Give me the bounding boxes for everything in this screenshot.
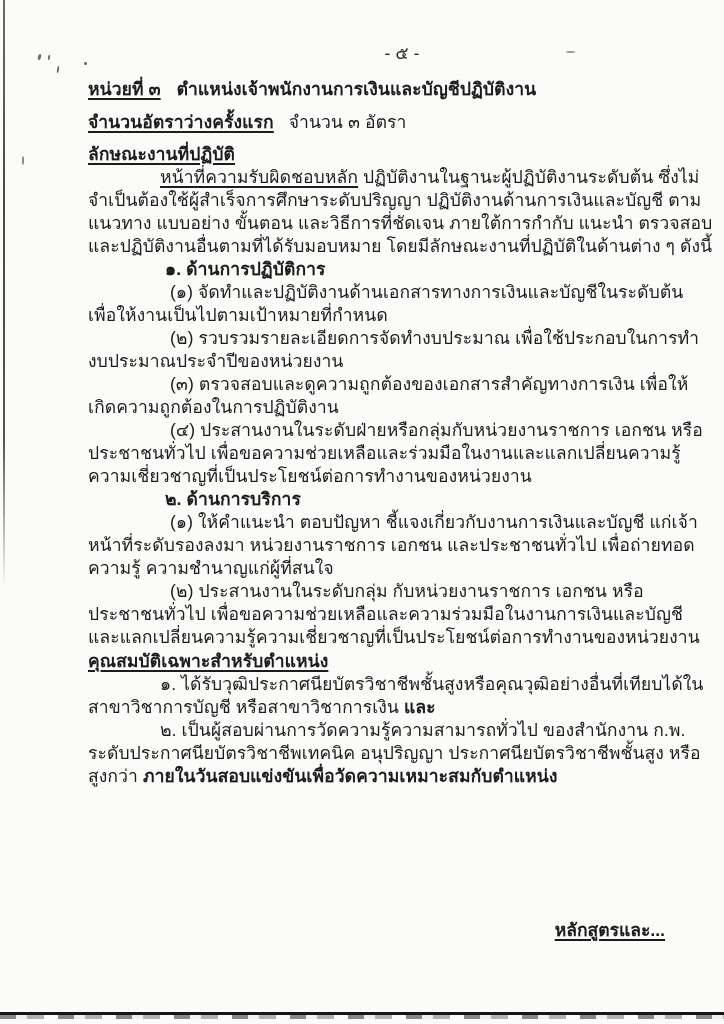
job-item: (๓) ตรวจสอบและดูความถูกต้องของเอกสารสำคั…	[88, 373, 716, 419]
scanned-document-page: - ๕ - หน่วยที่ ๓ตำแหน่งเจ้าพนักงานการเงิ…	[0, 0, 724, 1024]
qualification-item: ๒. เป็นผู้สอบผ่านการวัดความรู้ความสามารถ…	[88, 719, 716, 788]
scan-speck	[57, 66, 60, 73]
scan-artifact-left-edge-line	[3, 0, 5, 588]
duty-lead: หน้าที่ความรับผิดชอบหลัก	[160, 167, 358, 187]
scan-speck	[84, 62, 87, 65]
section-heading-operations: ๑. ด้านการปฏิบัติการ	[88, 258, 716, 281]
qualifications-heading: คุณสมบัติเฉพาะสำหรับตำแหน่ง	[88, 650, 716, 673]
scan-speck	[22, 156, 24, 165]
job-item: (๑) ให้คำแนะนำ ตอบปัญหา ชี้แจงเกี่ยวกับง…	[88, 511, 716, 580]
job-item: (๔) ประสานงานในระดับฝ่ายหรือกลุ่มกับหน่ว…	[88, 419, 716, 488]
unit-title: ตำแหน่งเจ้าพนักงานการเงินและบัญชีปฏิบัติ…	[177, 79, 537, 99]
unit-heading: หน่วยที่ ๓ตำแหน่งเจ้าพนักงานการเงินและบั…	[88, 78, 716, 101]
vacancy-value: จำนวน ๓ อัตรา	[289, 112, 407, 132]
vacancy-label: จำนวนอัตราว่างครั้งแรก	[88, 112, 274, 132]
section-heading-service: ๒. ด้านการบริการ	[88, 488, 716, 511]
page-number: - ๕ -	[88, 42, 716, 65]
scan-artifact-bottom-smudge	[0, 1015, 724, 1019]
scan-speck	[37, 54, 42, 61]
job-item: (๒) ประสานงานในระดับกลุ่ม กับหน่วยงานราช…	[88, 580, 716, 649]
qualification-bold-text: และ	[404, 697, 436, 717]
document-body: - ๕ - หน่วยที่ ๓ตำแหน่งเจ้าพนักงานการเงิ…	[88, 42, 716, 788]
job-item: (๑) จัดทำและปฏิบัติงานด้านเอกสารทางการเง…	[88, 281, 716, 327]
scan-speck	[48, 55, 51, 60]
unit-label: หน่วยที่ ๓	[88, 79, 161, 99]
job-item: (๒) รวบรวมรายละเอียดการจัดทำงบประมาณ เพื…	[88, 327, 716, 373]
qualification-item: ๑. ได้รับวุฒิประกาศนียบัตรวิชาชีพชั้นสูง…	[88, 673, 716, 719]
duty-paragraph: หน้าที่ความรับผิดชอบหลัก ปฏิบัติงานในฐาน…	[88, 166, 716, 258]
job-description-heading: ลักษณะงานที่ปฏิบัติ	[88, 143, 716, 166]
vacancy-line: จำนวนอัตราว่างครั้งแรกจำนวน ๓ อัตรา	[88, 111, 716, 134]
qualification-bold-text: ภายในวันสอบแข่งขันเพื่อวัดความเหมาะสมกับ…	[143, 766, 558, 786]
continuation-note: หลักสูตรและ...	[555, 916, 665, 944]
